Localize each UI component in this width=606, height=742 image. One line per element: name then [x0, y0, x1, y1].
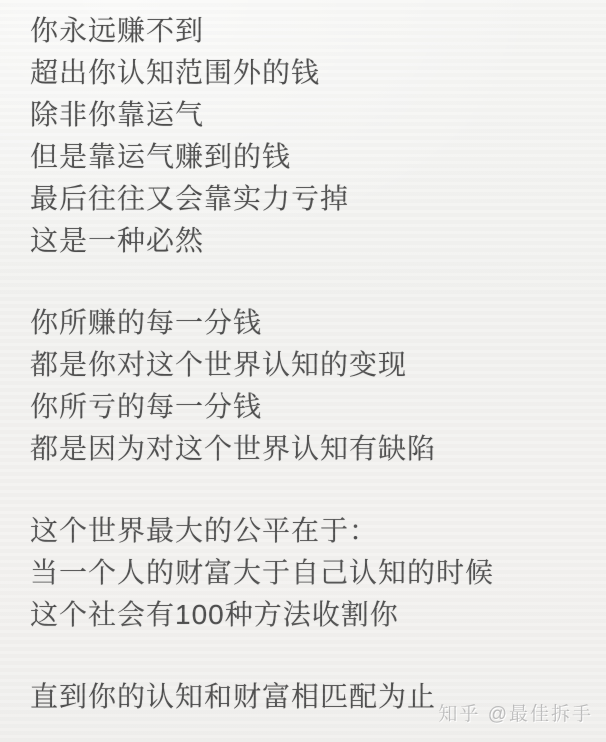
text-line: 超出你认知范围外的钱: [30, 52, 596, 94]
text-line: 但是靠运气赚到的钱: [30, 136, 596, 178]
paragraph-1: 你永远赚不到 超出你认知范围外的钱 除非你靠运气 但是靠运气赚到的钱 最后往往又…: [30, 10, 596, 262]
zhihu-watermark: 知乎 @最佳拆手: [438, 699, 593, 726]
text-line: 这是一种必然: [30, 220, 596, 262]
text-line: 这个社会有100种方法收割你: [30, 594, 596, 636]
text-line: 都是因为对这个世界认知有缺陷: [30, 428, 596, 470]
quote-text-block: 你永远赚不到 超出你认知范围外的钱 除非你靠运气 但是靠运气赚到的钱 最后往往又…: [30, 10, 596, 718]
text-line: 你所赚的每一分钱: [30, 302, 596, 344]
text-line: 除非你靠运气: [30, 94, 596, 136]
paragraph-3: 这个世界最大的公平在于： 当一个人的财富大于自己认知的时候 这个社会有100种方…: [30, 510, 596, 636]
paragraph-2: 你所赚的每一分钱 都是你对这个世界认知的变现 你所亏的每一分钱 都是因为对这个世…: [30, 302, 596, 470]
text-line: 最后往往又会靠实力亏掉: [30, 178, 596, 220]
text-line: 这个世界最大的公平在于：: [30, 510, 596, 552]
text-line: 你永远赚不到: [30, 10, 596, 52]
quote-image: 你永远赚不到 超出你认知范围外的钱 除非你靠运气 但是靠运气赚到的钱 最后往往又…: [0, 0, 606, 742]
text-line: 都是你对这个世界认知的变现: [30, 344, 596, 386]
text-line: 当一个人的财富大于自己认知的时候: [30, 552, 596, 594]
text-line: 你所亏的每一分钱: [30, 386, 596, 428]
